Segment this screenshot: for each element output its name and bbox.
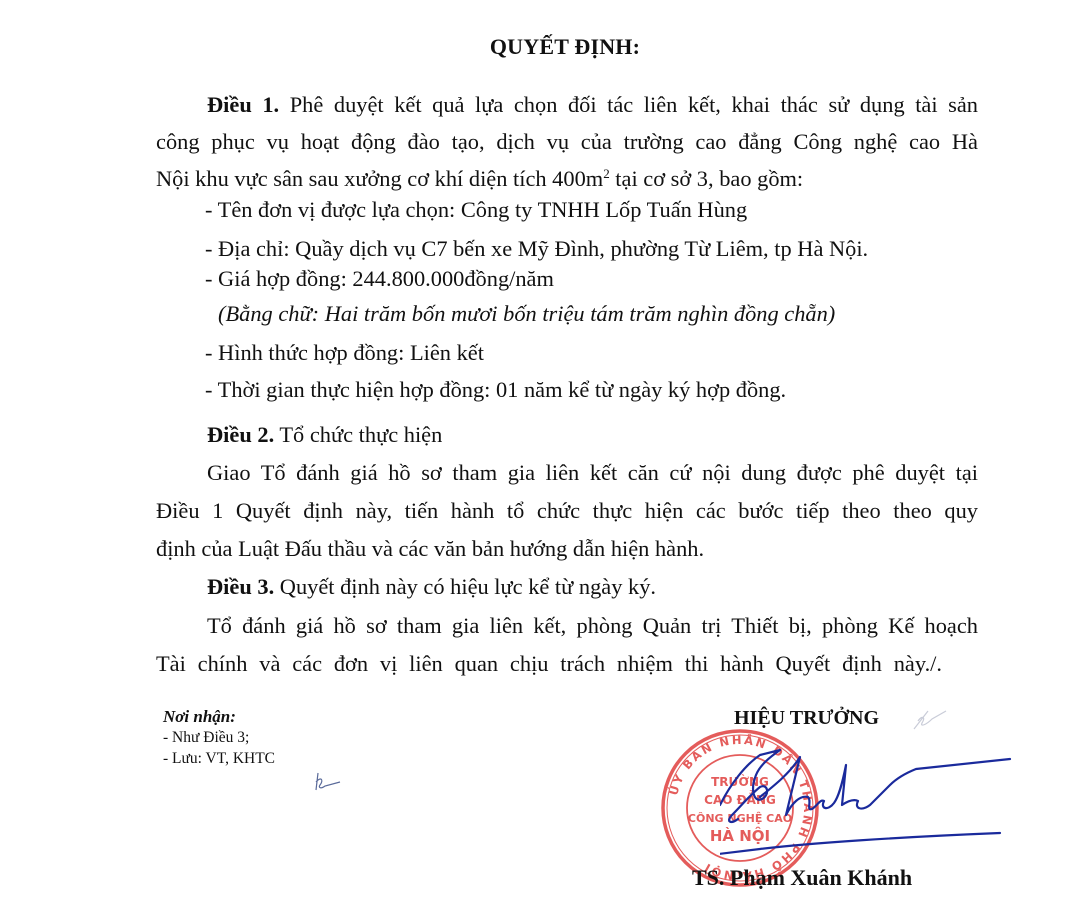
article3-line1: Tổ đánh giá hồ sơ tham gia liên kết, phò… xyxy=(207,612,978,640)
article1-line3-post: tại cơ sở 3, bao gồm: xyxy=(610,166,803,191)
recipient-item: - Lưu: VT, KHTC xyxy=(163,748,275,769)
article1-item-price: - Giá hợp đồng: 244.800.000đồng/năm xyxy=(205,265,554,293)
article2-heading-text: Tổ chức thực hiện xyxy=(274,422,442,447)
article1-item-unit: - Tên đơn vị được lựa chọn: Công ty TNHH… xyxy=(205,196,747,224)
article1-line2: công phục vụ hoạt động đào tạo, dịch vụ … xyxy=(156,128,978,156)
signer-name: TS. Phạm Xuân Khánh xyxy=(692,865,912,891)
article3-text: Quyết định này có hiệu lực kể từ ngày ký… xyxy=(274,574,656,599)
article2-line2: Điều 1 Quyết định này, tiến hành tổ chức… xyxy=(156,497,978,525)
article3-label: Điều 3. xyxy=(207,574,274,599)
recipients-heading: Nơi nhận: xyxy=(163,706,275,727)
article1-item-price-words: (Bằng chữ: Hai trăm bốn mươi bốn triệu t… xyxy=(218,300,835,328)
article1-line3: Nội khu vực sân sau xưởng cơ khí diện tí… xyxy=(156,165,803,193)
document-title: QUYẾT ĐỊNH: xyxy=(0,34,1080,60)
recipient-item: - Như Điều 3; xyxy=(163,727,275,748)
article2-line3: định của Luật Đấu thầu và các văn bản hư… xyxy=(156,535,704,563)
article1-item-form: - Hình thức hợp đồng: Liên kết xyxy=(205,339,484,367)
article1-item-address: - Địa chỉ: Quầy dịch vụ C7 bến xe Mỹ Đìn… xyxy=(205,235,868,263)
article2-line1: Giao Tổ đánh giá hồ sơ tham gia liên kết… xyxy=(207,459,978,487)
article3-line2: Tài chính và các đơn vị liên quan chịu t… xyxy=(156,650,942,678)
article1-item-duration: - Thời gian thực hiện hợp đồng: 01 năm k… xyxy=(205,376,786,404)
initials-mark-icon xyxy=(312,770,348,794)
handwritten-signature-icon xyxy=(720,745,1020,865)
article2-label: Điều 2. xyxy=(207,422,274,447)
document-page: QUYẾT ĐỊNH: Điều 1. Phê duyệt kết quả lự… xyxy=(0,0,1080,921)
article3-heading: Điều 3. Quyết định này có hiệu lực kể từ… xyxy=(207,573,656,601)
article2-heading: Điều 2. Tổ chức thực hiện xyxy=(207,421,442,449)
article1-line3-pre: Nội khu vực sân sau xưởng cơ khí diện tí… xyxy=(156,166,603,191)
faint-initials-icon xyxy=(908,705,948,733)
signature-title: HIỆU TRƯỞNG xyxy=(734,707,879,730)
article1-line1: Điều 1. Phê duyệt kết quả lựa chọn đối t… xyxy=(207,91,978,119)
article1-text-line1: Phê duyệt kết quả lựa chọn đối tác liên … xyxy=(290,92,978,117)
article1-label: Điều 1. xyxy=(207,92,279,117)
recipients-block: Nơi nhận: - Như Điều 3; - Lưu: VT, KHTC xyxy=(163,706,275,769)
